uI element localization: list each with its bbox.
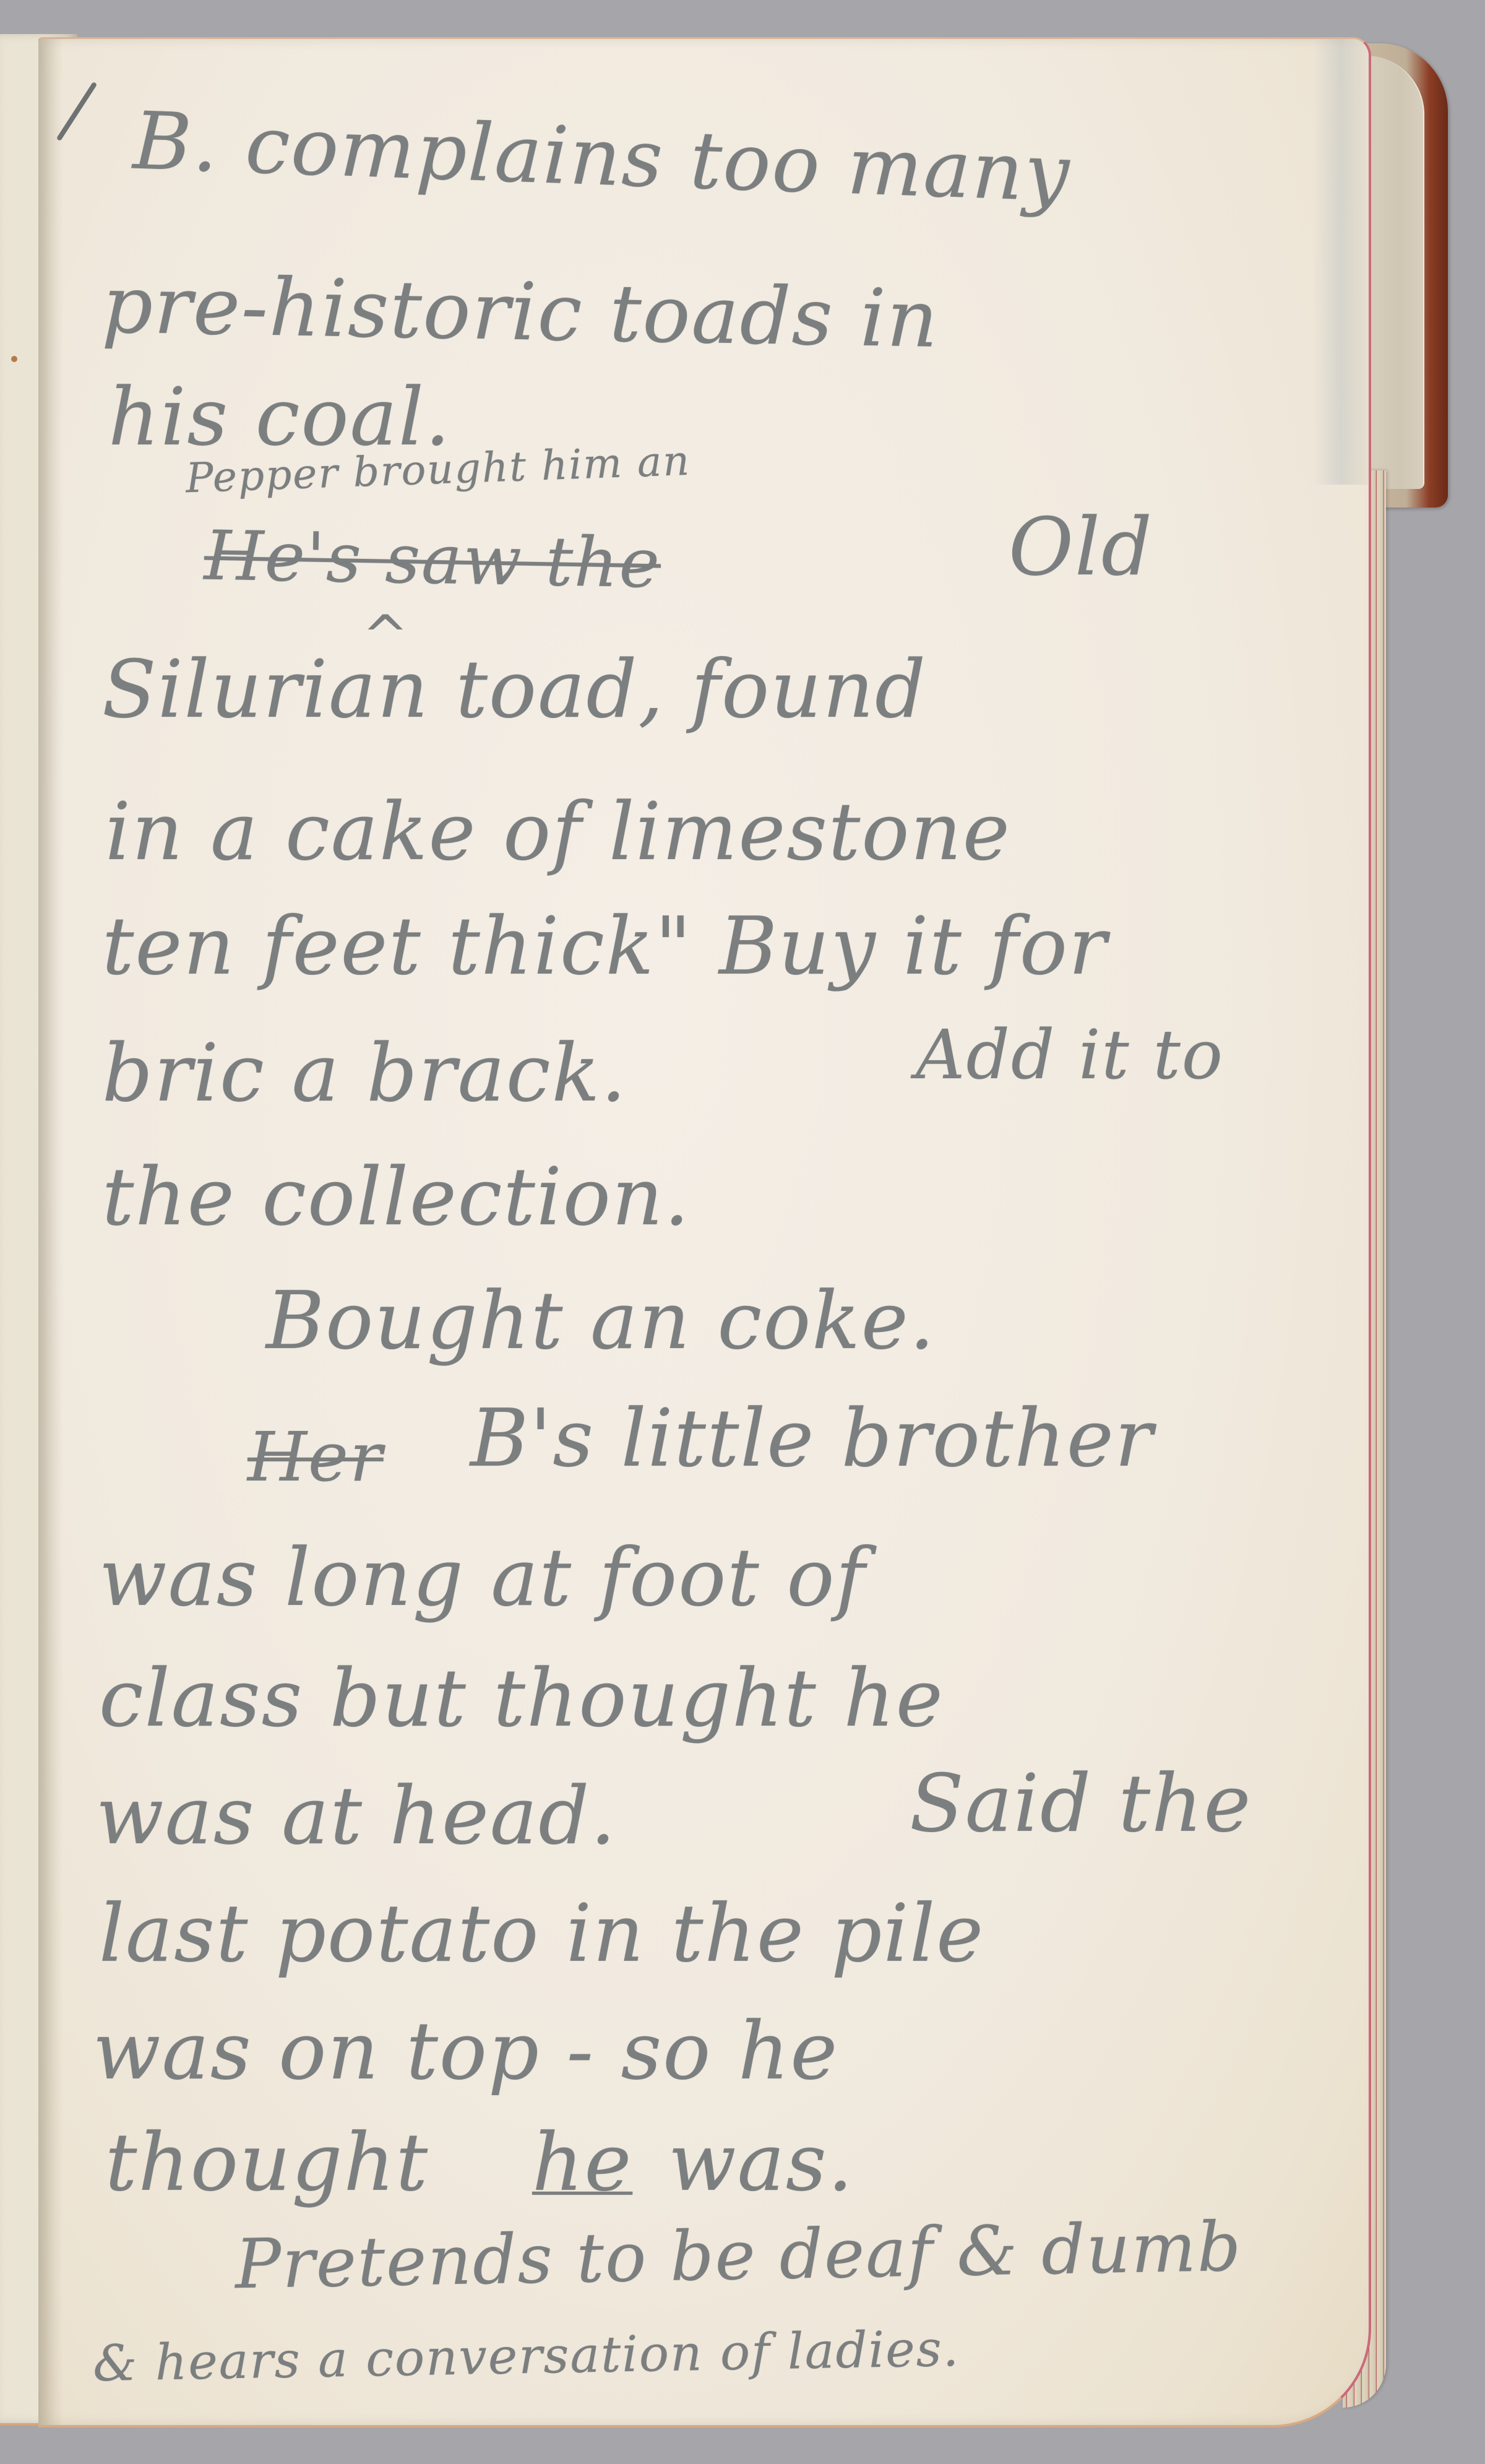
line-11: Bought an coke.	[266, 1275, 936, 1367]
line-12-struck: Her	[247, 1417, 384, 1497]
line-16: last potato in the pile	[99, 1888, 984, 1980]
line-7: in a cake of limestone	[105, 786, 1011, 878]
line-15-said: Said the	[910, 1758, 1252, 1850]
paper-stain	[11, 356, 17, 362]
line-15: was at head.	[96, 1770, 617, 1862]
line-9-add: Add it to	[916, 1015, 1224, 1094]
line-14: class but thought he	[99, 1653, 944, 1745]
line-18: thought	[105, 2117, 429, 2209]
line-8: ten feet thick" Buy it for	[102, 901, 1108, 993]
line-5-old: Old	[1009, 501, 1153, 594]
line-9: bric a brack.	[102, 1027, 627, 1120]
line-2: pre-historic toads in	[101, 259, 940, 366]
line-5-struck: He's saw the	[204, 516, 661, 603]
line-13: was long at foot of	[99, 1532, 866, 1624]
line-18-he: he	[532, 2117, 632, 2209]
line-12: B's little brother	[470, 1393, 1154, 1485]
line-18-was: was.	[668, 2117, 854, 2209]
page-wear	[1313, 39, 1369, 485]
line-10: the collection.	[102, 1151, 691, 1243]
gutter-shadow	[38, 39, 63, 2425]
line-17: was on top - so he	[93, 2005, 838, 2098]
line-6: Silurian toad, found	[102, 644, 927, 736]
